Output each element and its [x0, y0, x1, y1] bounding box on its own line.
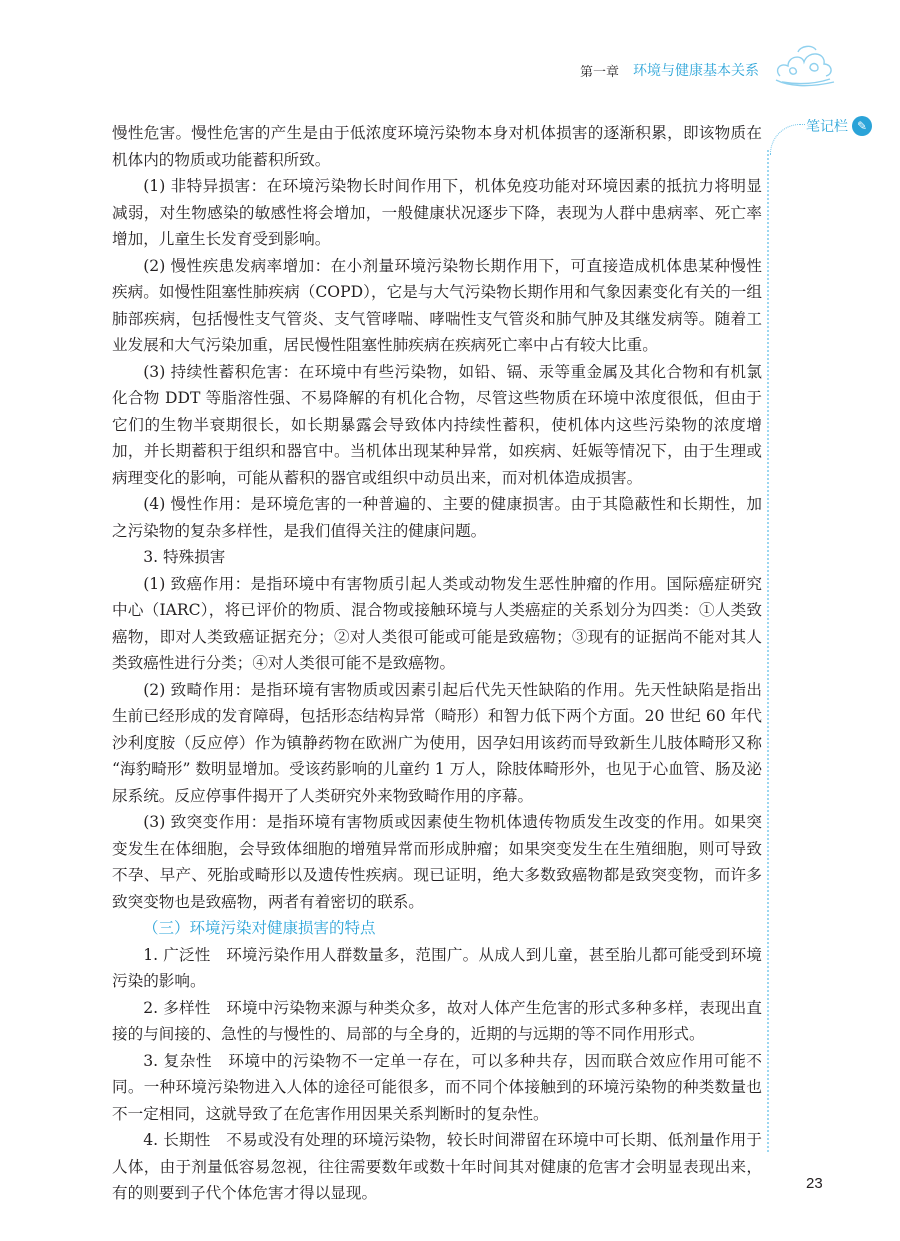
paragraph: (3) 持续性蓄积危害：在环境中有些污染物，如铅、镉、汞等重金属及其化合物和有机… — [112, 359, 762, 492]
notes-sidebar-divider — [767, 150, 769, 1152]
paragraph: (1) 致癌作用：是指环境中有害物质引起人类或动物发生恶性肿瘤的作用。国际癌症研… — [112, 571, 762, 677]
paragraph: 1. 广泛性 环境污染作用人群数量多，范围广。从成人到儿童，甚至胎儿都可能受到环… — [112, 942, 762, 995]
paragraph: 慢性危害。慢性危害的产生是由于低浓度环境污染物本身对机体损害的逐渐积累，即该物质… — [112, 120, 762, 173]
cloud-ornament-icon — [768, 42, 838, 90]
paragraph: 2. 多样性 环境中污染物来源与种类众多，故对人体产生危害的形式多种多样，表现出… — [112, 995, 762, 1048]
notepad-pen-icon: ✎ — [852, 116, 872, 136]
paragraph: (2) 致畸作用：是指环境有害物质或因素引起后代先天性缺陷的作用。先天性缺陷是指… — [112, 677, 762, 810]
paragraph: (4) 慢性作用：是环境危害的一种普遍的、主要的健康损害。由于其隐蔽性和长期性，… — [112, 491, 762, 544]
running-header: 第一章 环境与健康基本关系 — [580, 58, 759, 82]
notes-label: 笔记栏 — [806, 116, 848, 136]
paragraph: (2) 慢性疾患发病率增加：在小剂量环境污染物长期作用下，可直接造成机体患某种慢… — [112, 253, 762, 359]
section-heading: 3. 特殊损害 — [112, 544, 762, 571]
notes-connector-line — [770, 124, 805, 155]
body-text: 慢性危害。慢性危害的产生是由于低浓度环境污染物本身对机体损害的逐渐积累，即该物质… — [112, 120, 762, 1207]
notes-sidebar-header: 笔记栏 ✎ — [806, 116, 872, 136]
paragraph: (1) 非特异损害：在环境污染物长时间作用下，机体免疫功能对环境因素的抵抗力将明… — [112, 173, 762, 253]
paragraph: (3) 致突变作用：是指环境有害物质或因素使生物机体遗传物质发生改变的作用。如果… — [112, 809, 762, 915]
page-number: 23 — [806, 1175, 823, 1192]
subsection-heading: （三）环境污染对健康损害的特点 — [112, 915, 762, 942]
chapter-title: 环境与健康基本关系 — [633, 60, 759, 80]
paragraph: 4. 长期性 不易或没有处理的环境污染物，较长时间滞留在环境中可长期、低剂量作用… — [112, 1127, 762, 1207]
chapter-number: 第一章 — [580, 61, 619, 80]
paragraph: 3. 复杂性 环境中的污染物不一定单一存在，可以多种共存，因而联合效应作用可能不… — [112, 1048, 762, 1128]
